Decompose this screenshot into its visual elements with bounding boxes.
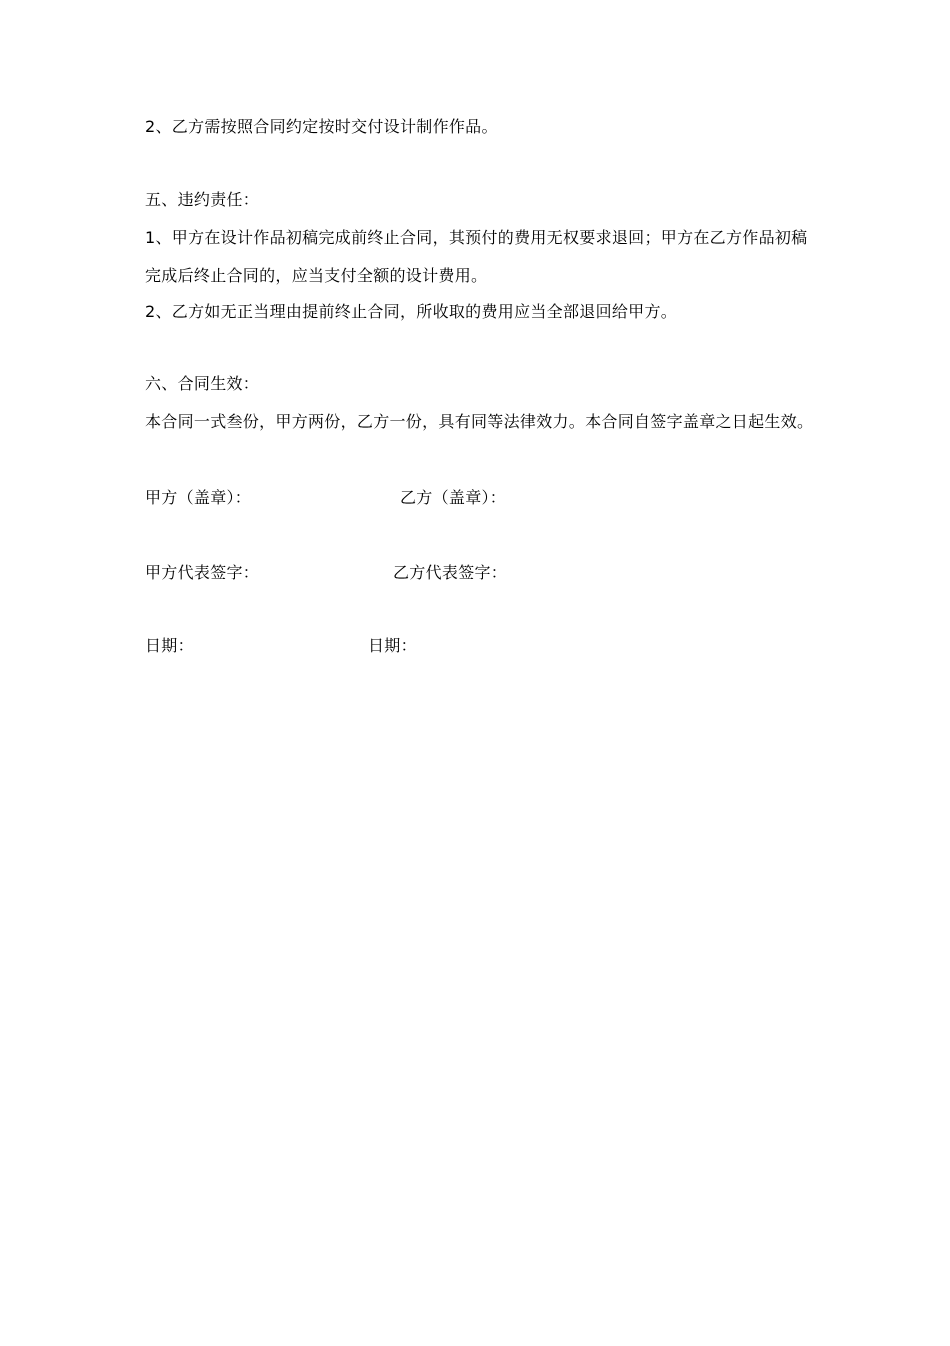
party-a-seal-label: 甲方（盖章）： — [145, 479, 251, 516]
party-b-representative-signature-label: 乙方代表签字： — [393, 554, 507, 591]
section-heading-contract-effect: 六、合同生效： — [145, 365, 817, 402]
section-heading-breach-liability: 五、违约责任： — [145, 181, 817, 218]
signature-row-seal: 甲方（盖章）： 乙方（盖章）： — [145, 479, 817, 516]
clause-breach-item2: 2、乙方如无正当理由提前终止合同，所收取的费用应当全部退回给甲方。 — [145, 293, 817, 330]
clause-delivery-text: 2、乙方需按照合同约定按时交付设计制作作品。 — [145, 108, 817, 145]
contract-document-page: 2、乙方需按照合同约定按时交付设计制作作品。 五、违约责任： 1、甲方在设计作品… — [0, 0, 950, 1346]
party-a-representative-signature-label: 甲方代表签字： — [145, 554, 259, 591]
clause-breach-item1-line1: 1、甲方在设计作品初稿完成前终止合同，其预付的费用无权要求退回；甲方在乙方作品初… — [145, 219, 817, 256]
clause-breach-item1-line2: 完成后终止合同的，应当支付全额的设计费用。 — [145, 257, 817, 294]
party-b-date-label: 日期： — [368, 627, 417, 664]
signature-row-date: 日期： 日期： — [145, 627, 817, 664]
party-b-seal-label: 乙方（盖章）： — [400, 479, 506, 516]
signature-row-representative: 甲方代表签字： 乙方代表签字： — [145, 554, 817, 591]
party-a-date-label: 日期： — [145, 627, 194, 664]
clause-contract-effect-text: 本合同一式叁份，甲方两份，乙方一份，具有同等法律效力。本合同自签字盖章之日起生效… — [145, 403, 817, 440]
